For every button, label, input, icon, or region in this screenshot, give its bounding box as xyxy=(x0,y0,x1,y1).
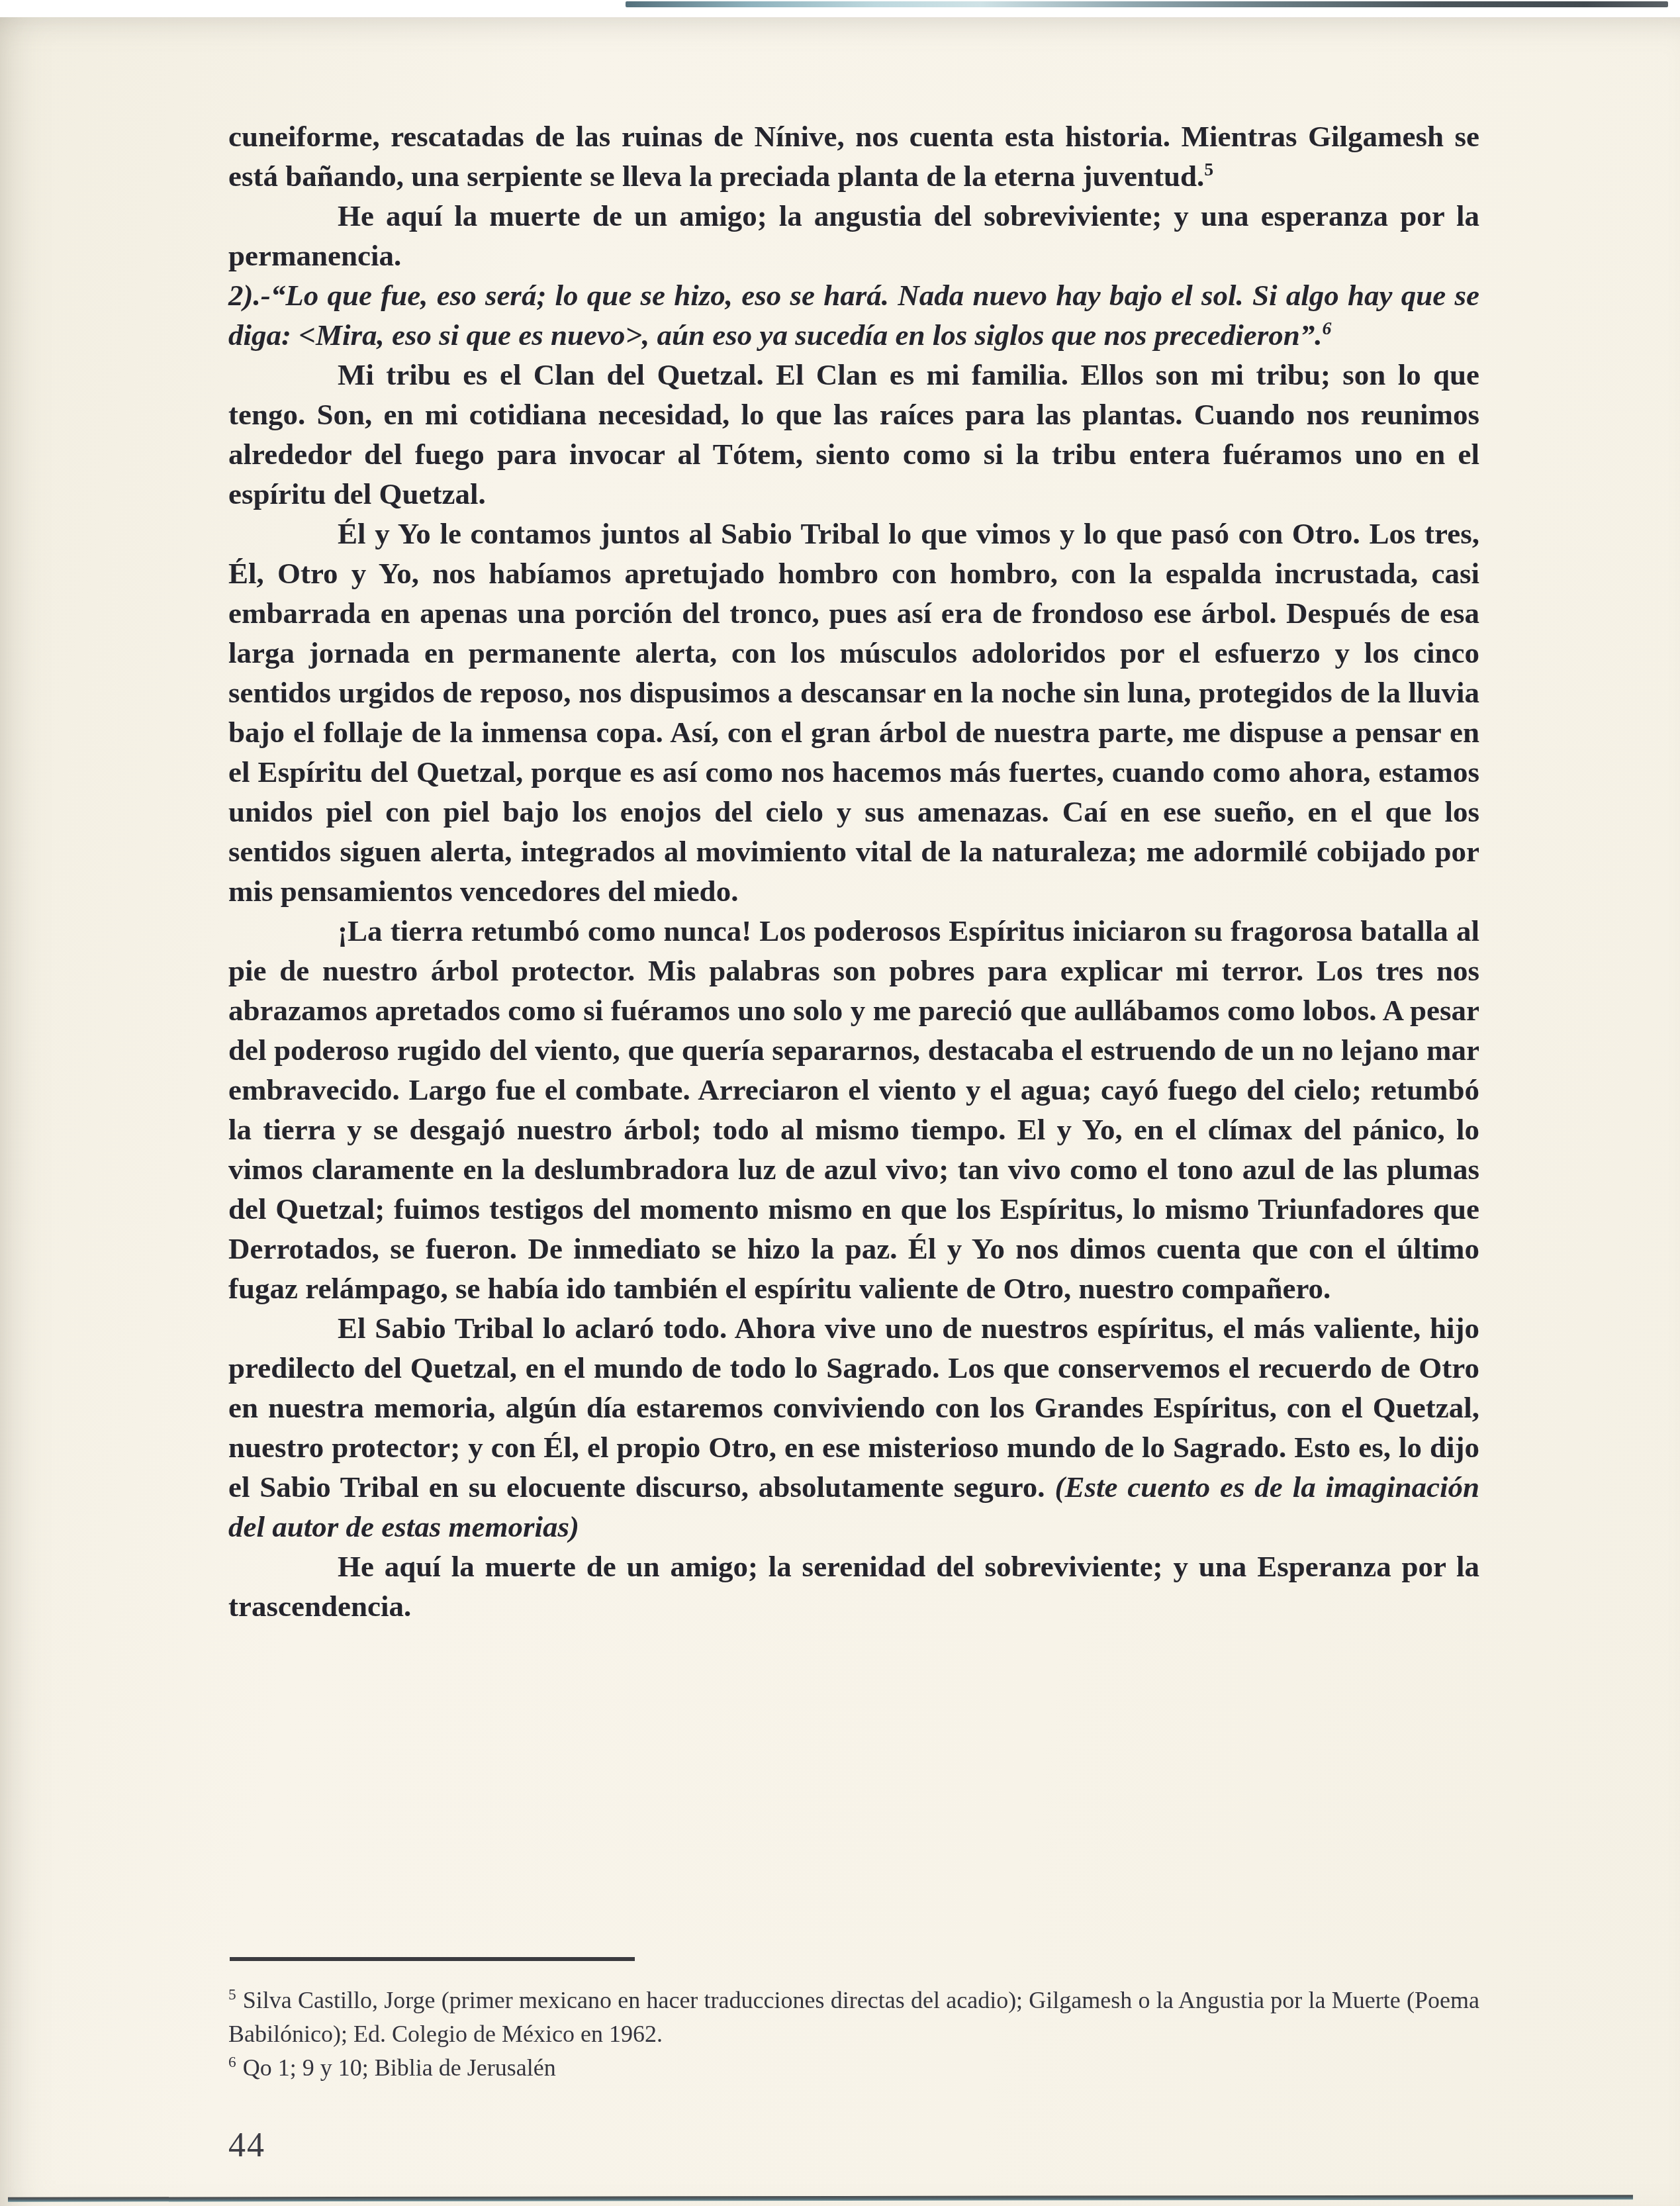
paragraph-cuneiforme: cuneiforme, rescatadas de las ruinas de … xyxy=(228,117,1479,196)
footnote-text: Silva Castillo, Jorge (primer mexicano e… xyxy=(228,1987,1479,2047)
paragraph-text: cuneiforme, rescatadas de las ruinas de … xyxy=(228,120,1479,193)
paragraph-quote-eclesiastes: 2).-“Lo que fue, eso será; lo que se hiz… xyxy=(228,275,1479,355)
paragraph-text: Él y Yo le contamos juntos al Sabio Trib… xyxy=(228,517,1479,908)
footnote-ref-6: 6 xyxy=(1323,318,1332,339)
paragraph-text: He aquí la muerte de un amigo; la angust… xyxy=(228,199,1479,272)
scanned-page: cuneiforme, rescatadas de las ruinas de … xyxy=(0,0,1680,2206)
paragraph-text: ¡La tierra retumbó como nunca! Los poder… xyxy=(228,914,1479,1305)
main-text: cuneiforme, rescatadas de las ruinas de … xyxy=(228,117,1479,1626)
footnote-ref-5: 5 xyxy=(1204,160,1213,180)
footnote-6: 6Qo 1; 9 y 10; Biblia de Jerusalén xyxy=(228,2051,1479,2085)
paragraph-text: Mi tribu es el Clan del Quetzal. El Clan… xyxy=(228,358,1479,510)
footnote-marker-6: 6 xyxy=(228,2054,236,2071)
paragraph-la-tierra-retumbo: ¡La tierra retumbó como nunca! Los poder… xyxy=(228,911,1479,1308)
paragraph-text: 2).-“Lo que fue, eso será; lo que se hiz… xyxy=(228,279,1479,352)
page-paper: cuneiforme, rescatadas de las ruinas de … xyxy=(0,17,1680,2206)
paragraph-mi-tribu: Mi tribu es el Clan del Quetzal. El Clan… xyxy=(228,355,1479,514)
paragraph-text: He aquí la muerte de un amigo; la sereni… xyxy=(228,1550,1479,1623)
footnote-marker-5: 5 xyxy=(228,1986,236,2003)
paragraph-he-aqui-serenidad: He aquí la muerte de un amigo; la sereni… xyxy=(228,1547,1479,1626)
footnotes-section: 5Silva Castillo, Jorge (primer mexicano … xyxy=(228,1957,1479,2165)
footnote-separator-rule xyxy=(230,1957,635,1961)
paragraph-sabio-tribal: El Sabio Tribal lo aclaró todo. Ahora vi… xyxy=(228,1308,1479,1547)
paragraph-el-y-yo: Él y Yo le contamos juntos al Sabio Trib… xyxy=(228,514,1479,911)
scan-edge-line-top xyxy=(626,1,1668,7)
footnote-text: Qo 1; 9 y 10; Biblia de Jerusalén xyxy=(243,2054,556,2081)
page-number: 44 xyxy=(228,2126,1479,2165)
paragraph-he-aqui-angustia: He aquí la muerte de un amigo; la angust… xyxy=(228,196,1479,275)
footnote-5: 5Silva Castillo, Jorge (primer mexicano … xyxy=(228,1984,1479,2051)
